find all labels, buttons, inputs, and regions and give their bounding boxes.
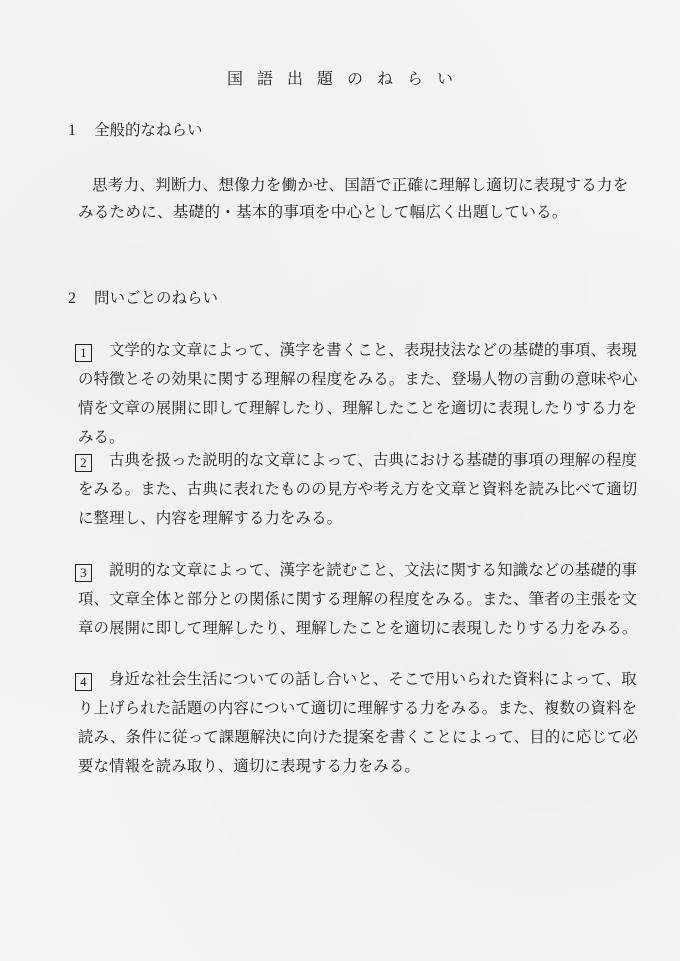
question-aim-item-3: 3説明的な文章によって、漢字を読むこと、文法に関する知識などの基礎的事項、文章全… bbox=[78, 556, 640, 643]
boxed-number: 2 bbox=[75, 454, 92, 472]
item-text: 文学的な文章によって、漢字を書くこと、表現技法などの基礎的事項、表現の特徴とその… bbox=[78, 341, 637, 446]
section-number: 2 bbox=[68, 290, 94, 308]
section-heading-general: 1全般的なねらい bbox=[68, 118, 203, 140]
item-text: 身近な社会生活についての話し合いと、そこで用いられた資料によって、取り上げられた… bbox=[78, 670, 638, 775]
scanned-page: 国語出題のねらい 1全般的なねらい 思考力、判断力、想像力を働かせ、国語で正確に… bbox=[0, 0, 680, 961]
section-heading-per-question: 2問いごとのねらい bbox=[68, 286, 218, 308]
boxed-number: 1 bbox=[75, 344, 92, 362]
boxed-number: 4 bbox=[75, 673, 92, 691]
section-number: 1 bbox=[68, 122, 94, 140]
item-text: 古典を扱った説明的な文章によって、古典における基礎的事項の理解の程度をみる。また… bbox=[78, 451, 637, 527]
general-aim-paragraph: 思考力、判断力、想像力を働かせ、国語で正確に理解し適切に表現する力をみるために、… bbox=[78, 172, 638, 226]
page-title: 国語出題のねらい bbox=[0, 66, 680, 89]
question-aim-item-1: 1文学的な文章によって、漢字を書くこと、表現技法などの基礎的事項、表現の特徴とそ… bbox=[78, 336, 640, 452]
question-aim-item-2: 2古典を扱った説明的な文章によって、古典における基礎的事項の理解の程度をみる。ま… bbox=[78, 446, 640, 533]
question-aim-item-4: 4身近な社会生活についての話し合いと、そこで用いられた資料によって、取り上げられ… bbox=[78, 665, 640, 781]
item-text: 説明的な文章によって、漢字を読むこと、文法に関する知識などの基礎的事項、文章全体… bbox=[78, 561, 637, 637]
boxed-number: 3 bbox=[75, 564, 92, 582]
section-title: 全般的なねらい bbox=[94, 121, 203, 139]
section-title: 問いごとのねらい bbox=[94, 289, 218, 307]
